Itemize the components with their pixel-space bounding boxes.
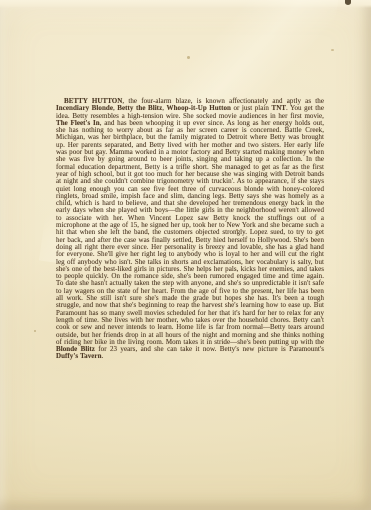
paper-speck: [34, 330, 36, 332]
paper-top-edge: [0, 0, 371, 8]
biography-paragraph: BETTY HUTTON, the four-alarm blaze, is k…: [56, 98, 324, 361]
bio-text: for 23 years, and she can take it now. B…: [95, 345, 324, 353]
bio-text: .: [102, 352, 104, 360]
paper-speck: [187, 56, 190, 59]
scanned-page: BETTY HUTTON, the four-alarm blaze, is k…: [0, 0, 371, 510]
paper-speck: [331, 49, 334, 51]
paper-speck: [345, 0, 351, 5]
movie-title-duffys-tavern: Duffy's Tavern: [56, 352, 102, 360]
bio-text: , and has been whooping it up ever since…: [56, 119, 324, 346]
